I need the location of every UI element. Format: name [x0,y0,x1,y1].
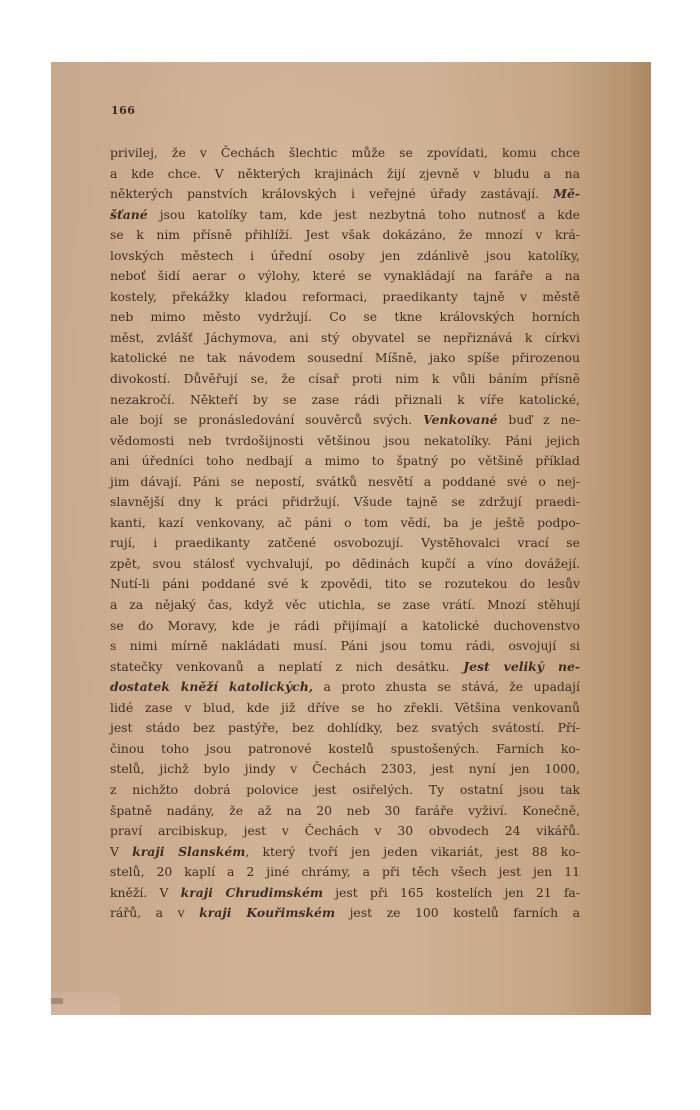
text-run: rují, i praedikanty zatčené osvobozují. … [110,535,580,550]
text-line: jest stádo bez pastýře, bez dohlídky, be… [110,718,580,739]
text-run: V [110,844,132,859]
text-line: šťané jsou katolíky tam, kde jest nezbyt… [110,205,580,226]
text-line: některých panstvích královských i veřejn… [110,184,580,205]
emphasized-text: kraji Kouřimském [199,905,335,920]
text-run: kanti, kazí venkovany, ač páni o tom věd… [110,515,580,530]
text-run: z nichžto dobrá polovice jest osiřelých.… [110,782,580,797]
text-run: divokostí. Důvěřují se, že císař proti n… [110,371,580,386]
body-text: privilej, že v Čechách šlechtic může se … [110,143,580,924]
text-run: stelů, 20 kaplí a 2 jiné chrámy, a při t… [110,864,580,879]
text-run: a proto zhusta se stává, že upadají [313,679,580,694]
text-line: se k nim přísně přihlíží. Jest však doká… [110,225,580,246]
text-run: vědomosti neb tvrdošijnosti většinou jso… [110,433,580,448]
text-line: nezakročí. Někteří by se zase rádi přizn… [110,390,580,411]
text-run: s nimi mírně nakládati musí. Páni jsou t… [110,638,580,653]
text-run: jest stádo bez pastýře, bez dohlídky, be… [110,720,580,735]
text-run: kostely, překážky kladou reformaci, prae… [110,289,580,304]
emphasized-text: kraji Slanském [132,844,245,859]
text-line: kanti, kazí venkovany, ač páni o tom věd… [110,513,580,534]
text-run: praví arcibiskup, jest v Čechách v 30 ob… [110,823,580,838]
book-page: 166 privilej, že v Čechách šlechtic může… [51,62,651,1015]
text-line: divokostí. Důvěřují se, že císař proti n… [110,369,580,390]
text-run: statečky venkovanů a neplatí z nich desá… [110,659,463,674]
text-run: ale bojí se pronásledování souvěrců svýc… [110,412,423,427]
text-run: ani úředníci toho nedbají a mimo to špat… [110,453,580,468]
text-run: jim dávají. Páni se nepostí, svátků nesv… [110,474,580,489]
text-line: slavnější dny k práci přidržují. Všude t… [110,492,580,513]
emphasized-text: Jest veliký ne- [463,659,580,674]
text-run: měst, zvlášť Jáchymova, ani stý obyvatel… [110,330,580,345]
emphasized-text: dostatek kněží katolických, [110,679,313,694]
text-run: slavnější dny k práci přidržují. Všude t… [110,494,580,509]
text-run: jest ze 100 kostelů farních a [335,905,580,920]
text-line: rářů, a v kraji Kouřimském jest ze 100 k… [110,903,580,924]
text-line: a kde chce. V některých krajinách žijí z… [110,164,580,185]
text-run: neboť šidí aerar o výlohy, které se vyna… [110,268,580,283]
text-line: ale bojí se pronásledování souvěrců svýc… [110,410,580,431]
text-run: se k nim přísně přihlíží. Jest však doká… [110,227,580,242]
page-edge-shadow [645,62,651,1015]
text-run: a kde chce. V některých krajinách žijí z… [110,166,580,181]
text-run: stelů, jichž bylo jindy v Čechách 2303, … [110,761,580,776]
emphasized-text: kraji Chrudimském [181,885,323,900]
text-run: jest při 165 kostelích jen 21 fa- [323,885,580,900]
text-run: se do Moravy, kde je rádi přijímají a ka… [110,618,580,633]
text-line: špatně nadány, že až na 20 neb 30 faráře… [110,801,580,822]
text-line: lidé zase v blud, kde již dříve se ho zř… [110,698,580,719]
text-run: Nutí-li páni poddané své k zpovědi, tito… [110,576,580,591]
text-line: zpět, svou stálosť vychvalují, po dědiná… [110,554,580,575]
text-run: činou toho jsou patronové kostelů spusto… [110,741,580,756]
thumb-shadow [51,998,63,1004]
text-line: ani úředníci toho nedbají a mimo to špat… [110,451,580,472]
text-line: s nimi mírně nakládati musí. Páni jsou t… [110,636,580,657]
text-run: buď z ne- [497,412,580,427]
text-line: lovských městech i úřední osoby jen zdán… [110,246,580,267]
text-run: neb mimo město vydržují. Co se tkne král… [110,309,580,324]
text-run: a za nějaký čas, když věc utichla, se za… [110,597,580,612]
text-run: privilej, že v Čechách šlechtic může se … [110,145,580,160]
text-line: neb mimo město vydržují. Co se tkne král… [110,307,580,328]
text-line: jim dávají. Páni se nepostí, svátků nesv… [110,472,580,493]
text-line: z nichžto dobrá polovice jest osiřelých.… [110,780,580,801]
emphasized-text: Venkované [423,412,497,427]
text-line: neboť šidí aerar o výlohy, které se vyna… [110,266,580,287]
text-line: činou toho jsou patronové kostelů spusto… [110,739,580,760]
text-run: , který tvoří jen jeden vikariát, jest 8… [245,844,580,859]
emphasized-text: šťané [110,207,148,222]
text-run: kněží. V [110,885,181,900]
text-run: lovských městech i úřední osoby jen zdán… [110,248,580,263]
text-line: statečky venkovanů a neplatí z nich desá… [110,657,580,678]
text-line: kostely, překážky kladou reformaci, prae… [110,287,580,308]
text-line: dostatek kněží katolických, a proto zhus… [110,677,580,698]
text-line: se do Moravy, kde je rádi přijímají a ka… [110,616,580,637]
text-line: kněží. V kraji Chrudimském jest při 165 … [110,883,580,904]
page-number: 166 [111,104,135,117]
text-line: a za nějaký čas, když věc utichla, se za… [110,595,580,616]
text-run: zpět, svou stálosť vychvalují, po dědiná… [110,556,580,571]
text-line: měst, zvlášť Jáchymova, ani stý obyvatel… [110,328,580,349]
text-run: jsou katolíky tam, kde jest nezbytná toh… [148,207,580,222]
text-run: katolické ne tak návodem sousední Míšně,… [110,350,580,365]
emphasized-text: Mě- [553,186,580,201]
text-line: stelů, 20 kaplí a 2 jiné chrámy, a při t… [110,862,580,883]
text-run: špatně nadány, že až na 20 neb 30 faráře… [110,803,580,818]
text-line: praví arcibiskup, jest v Čechách v 30 ob… [110,821,580,842]
text-line: katolické ne tak návodem sousední Míšně,… [110,348,580,369]
text-run: lidé zase v blud, kde již dříve se ho zř… [110,700,580,715]
text-run: rářů, a v [110,905,199,920]
text-line: rují, i praedikanty zatčené osvobozují. … [110,533,580,554]
text-run: některých panstvích královských i veřejn… [110,186,553,201]
text-line: stelů, jichž bylo jindy v Čechách 2303, … [110,759,580,780]
text-line: vědomosti neb tvrdošijnosti většinou jso… [110,431,580,452]
text-line: privilej, že v Čechách šlechtic může se … [110,143,580,164]
text-line: V kraji Slanském, který tvoří jen jeden … [110,842,580,863]
text-line: Nutí-li páni poddané své k zpovědi, tito… [110,574,580,595]
text-run: nezakročí. Někteří by se zase rádi přizn… [110,392,580,407]
